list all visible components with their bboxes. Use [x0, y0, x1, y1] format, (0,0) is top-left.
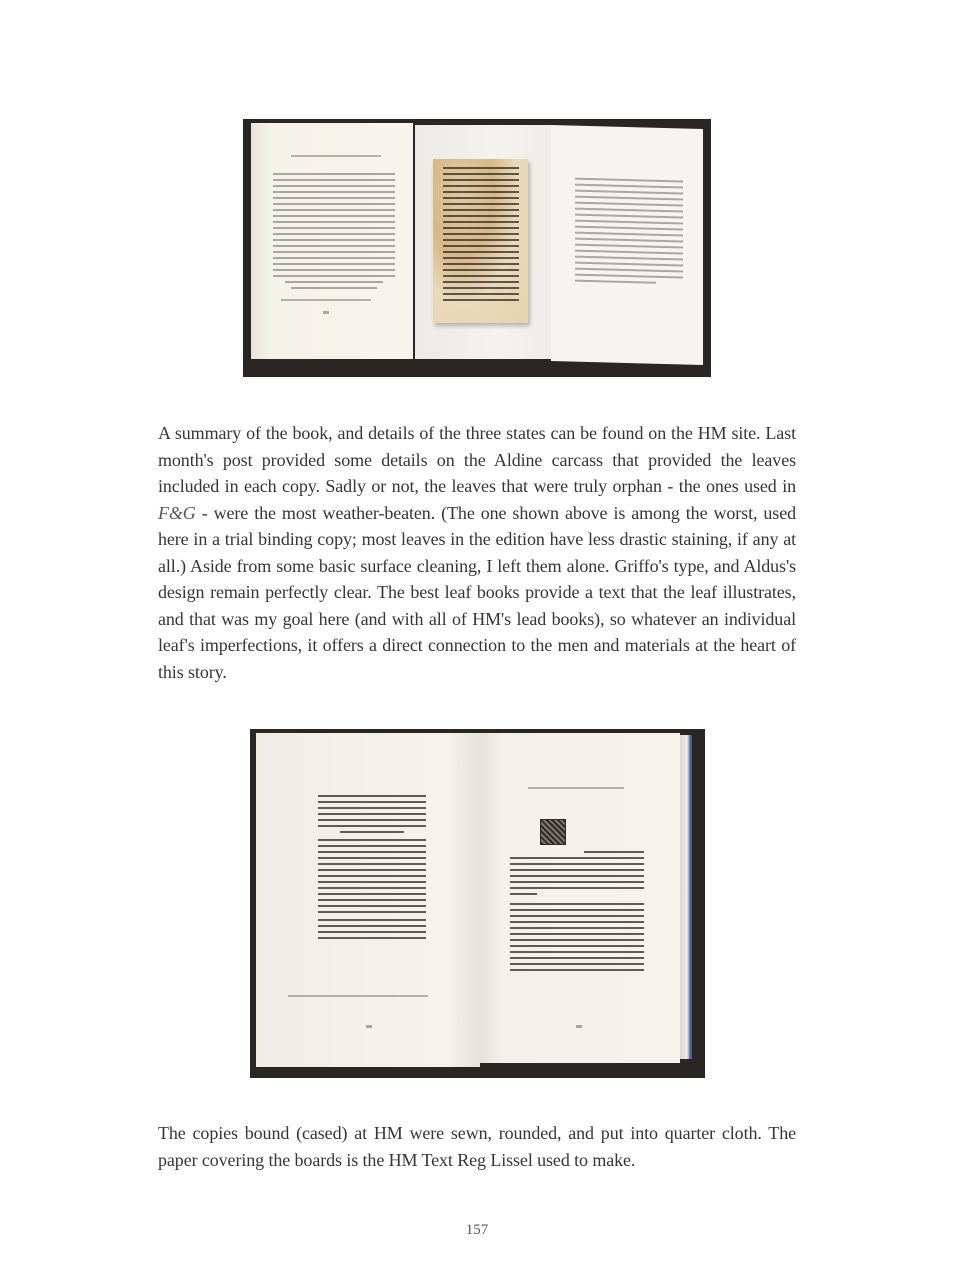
caption-line [288, 995, 428, 997]
paragraph-text: - were the most weather-beaten. (The one… [158, 503, 796, 682]
caption-line [281, 299, 371, 301]
folio [323, 311, 329, 314]
original-aldine-leaf [433, 159, 528, 323]
page-text-block [575, 178, 683, 289]
page-text-block [273, 173, 395, 293]
leaf-text-block [443, 167, 519, 305]
book-fore-edge-cloth [680, 735, 692, 1059]
book-photo-spread [250, 729, 705, 1078]
book-photo-aldine-leaf [243, 119, 711, 377]
book-left-page [256, 733, 480, 1067]
folio [366, 1025, 372, 1028]
page-text-block [510, 851, 644, 975]
book-right-page [551, 125, 703, 365]
decorated-initial [540, 819, 566, 845]
book-title-italic: F&G [158, 503, 196, 523]
hebrew-alphabet-text [318, 795, 426, 943]
body-paragraph-1: A summary of the book, and details of th… [158, 420, 796, 685]
paragraph-text: A summary of the book, and details of th… [158, 423, 796, 496]
page-number: 157 [0, 1222, 954, 1239]
book-right-page [480, 733, 680, 1063]
running-head [528, 787, 624, 789]
running-head [291, 155, 381, 157]
folio [576, 1025, 582, 1028]
book-left-page [251, 123, 413, 359]
body-paragraph-2: The copies bound (cased) at HM were sewn… [158, 1120, 796, 1173]
